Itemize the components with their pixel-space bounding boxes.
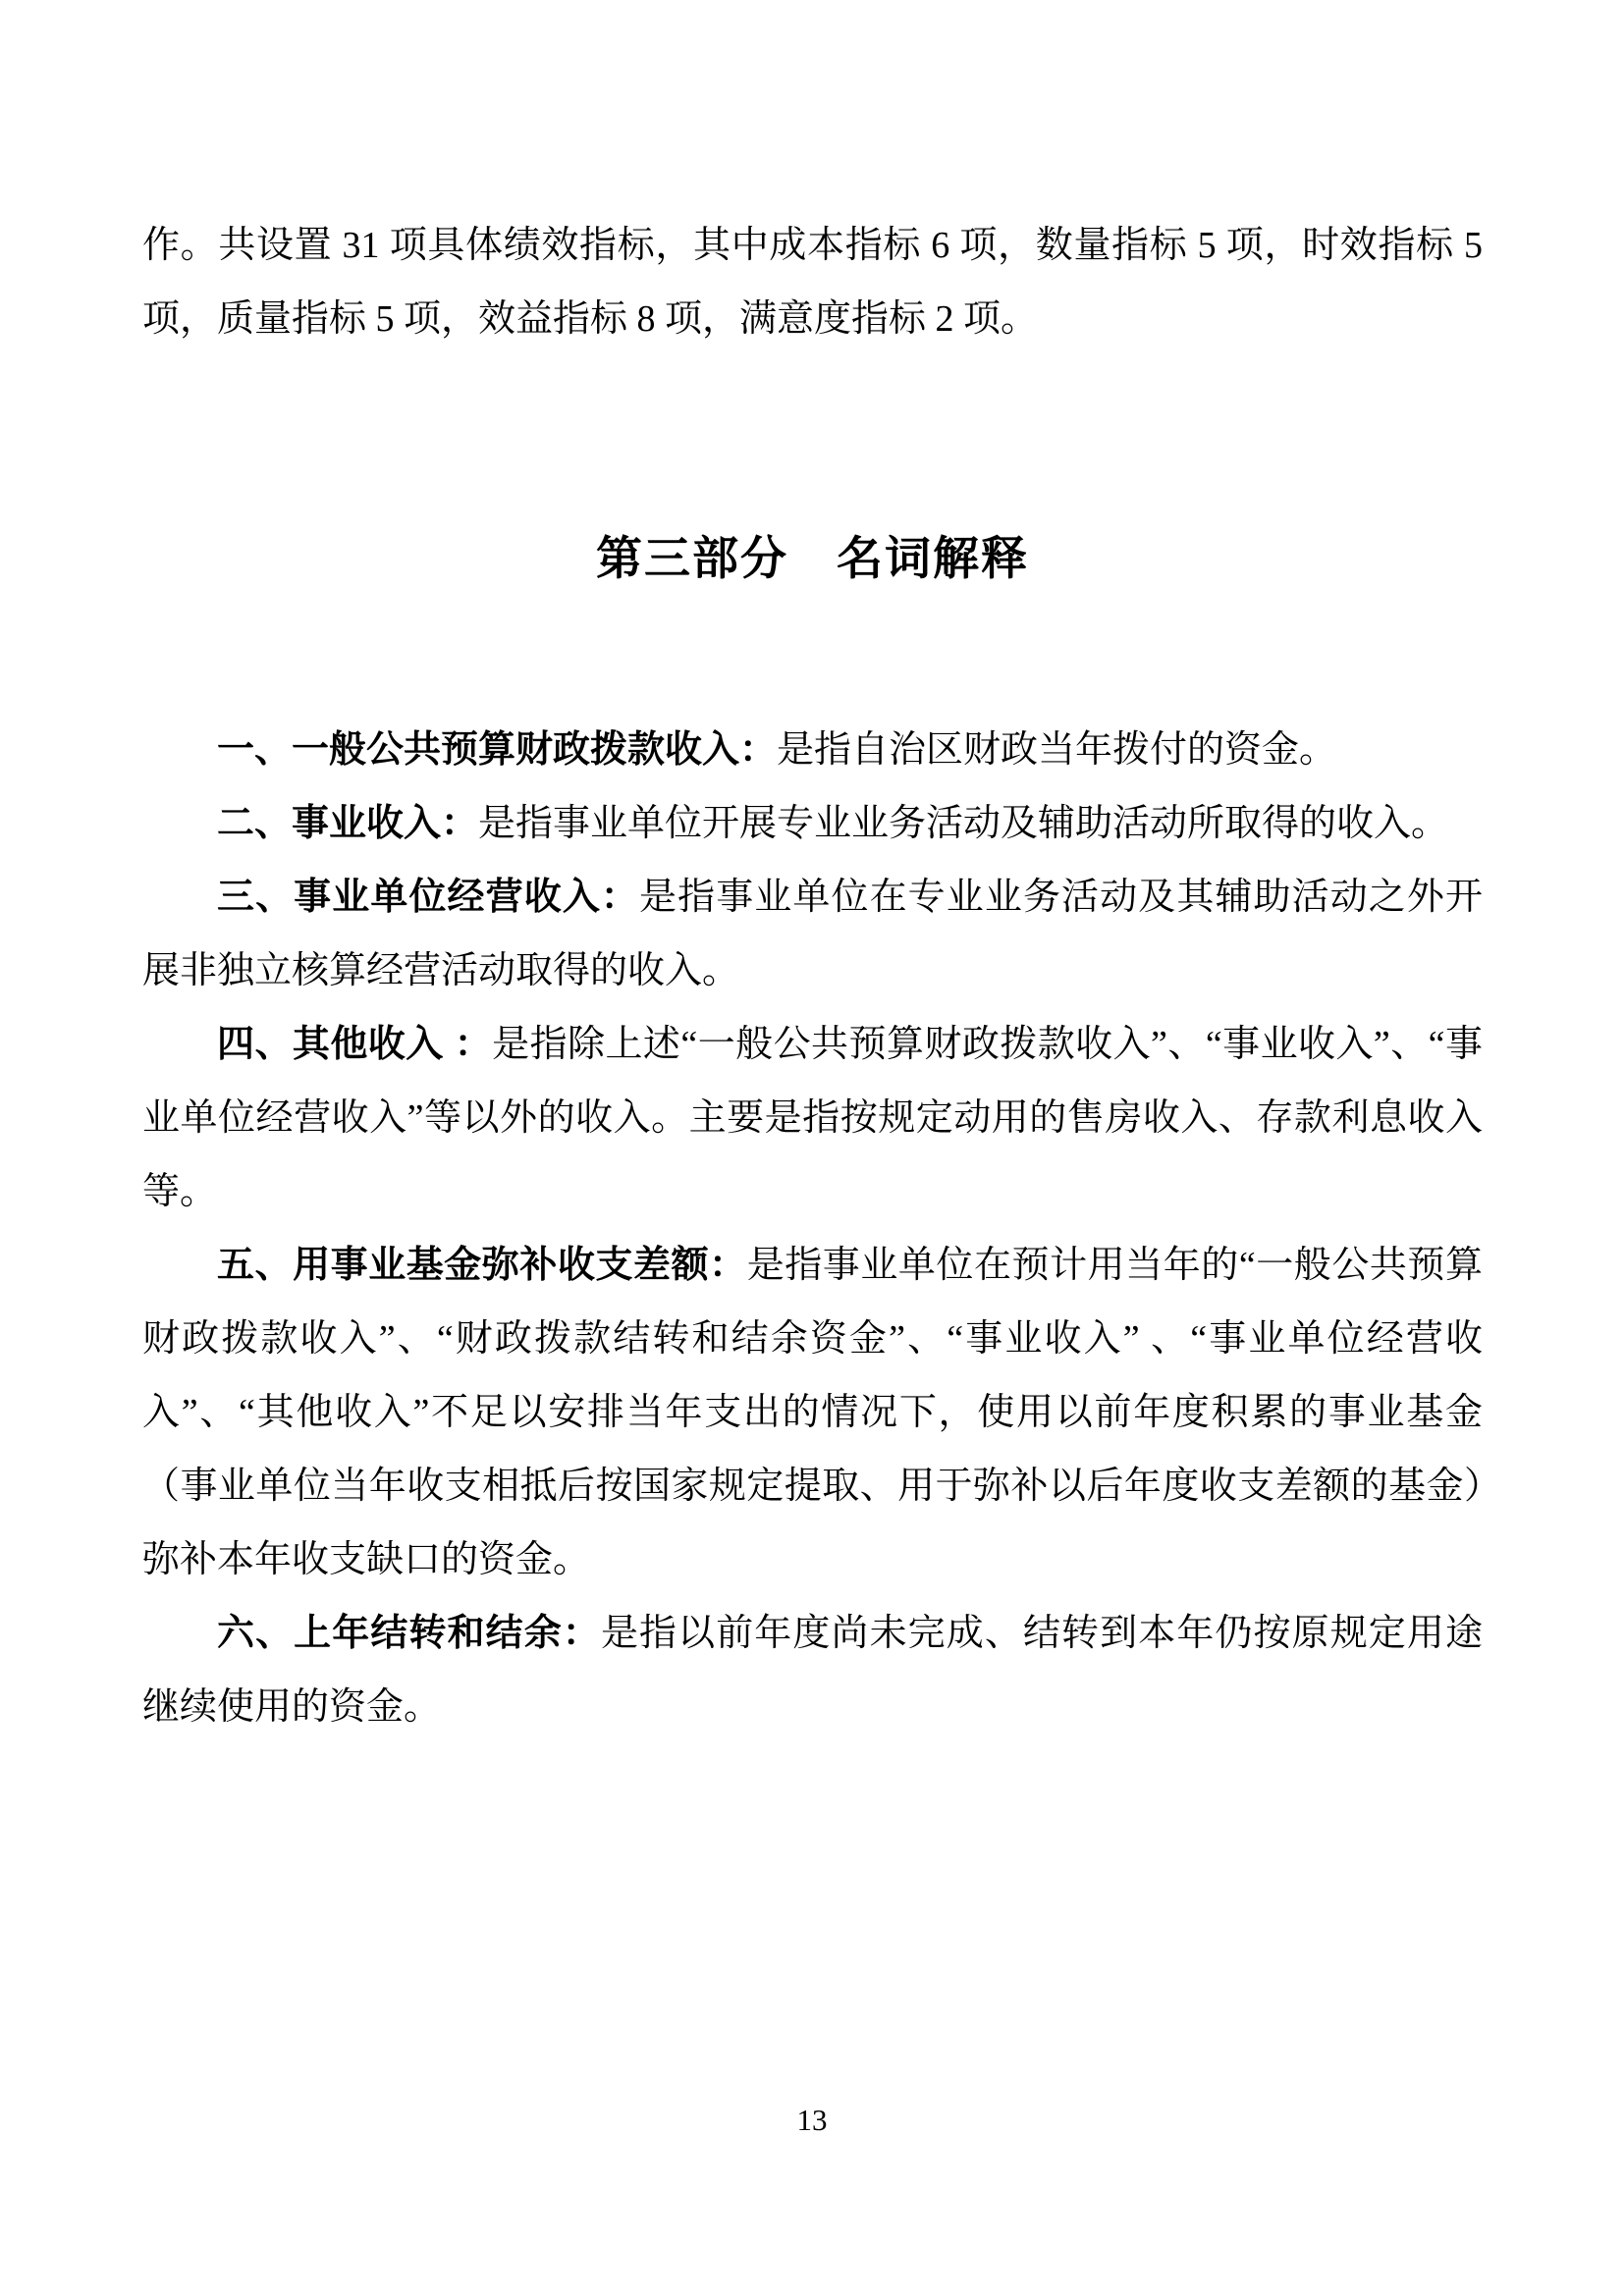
page-number: 13 bbox=[0, 2101, 1624, 2140]
definition-paragraph: 六、上年结转和结余：是指以前年度尚未完成、结转到本年仍按原规定用途继续使用的资金… bbox=[142, 1597, 1483, 1744]
definitions-list: 一、一般公共预算财政拨款收入：是指自治区财政当年拨付的资金。 二、事业收入：是指… bbox=[142, 714, 1483, 1744]
definition-paragraph: 二、事业收入：是指事业单位开展专业业务活动及辅助活动所取得的收入。 bbox=[142, 787, 1483, 861]
document-body: 作。共设置 31 项具体绩效指标，其中成本指标 6 项，数量指标 5 项，时效指… bbox=[142, 209, 1483, 1744]
definition-text: 是指自治区财政当年拨付的资金。 bbox=[777, 729, 1336, 771]
definition-paragraph: 三、事业单位经营收入：是指事业单位在专业业务活动及其辅助活动之外开展非独立核算经… bbox=[142, 861, 1483, 1008]
document-page: 作。共设置 31 项具体绩效指标，其中成本指标 6 项，数量指标 5 项，时效指… bbox=[0, 0, 1624, 2296]
definition-paragraph: 五、用事业基金弥补收支差额：是指事业单位在预计用当年的“一般公共预算财政拨款收入… bbox=[142, 1229, 1483, 1597]
definition-paragraph: 四、其他收入 ：是指除上述“一般公共预算财政拨款收入”、“事业收入”、“事业单位… bbox=[142, 1008, 1483, 1229]
section-heading: 第三部分 名词解释 bbox=[142, 521, 1483, 598]
definition-term: 四、其他收入 ： bbox=[217, 1024, 492, 1065]
definition-term: 五、用事业基金弥补收支差额： bbox=[217, 1245, 747, 1286]
definition-term: 二、事业收入： bbox=[217, 803, 478, 844]
continuation-paragraph: 作。共设置 31 项具体绩效指标，其中成本指标 6 项，数量指标 5 项，时效指… bbox=[142, 209, 1483, 356]
definition-text: 是指事业单位在预计用当年的“一般公共预算财政拨款收入”、“财政拨款结转和结余资金… bbox=[142, 1245, 1483, 1580]
definition-term: 一、一般公共预算财政拨款收入： bbox=[217, 729, 777, 771]
definition-term: 三、事业单位经营收入： bbox=[217, 877, 639, 918]
definition-term: 六、上年结转和结余： bbox=[217, 1613, 601, 1654]
definition-text: 是指事业单位开展专业业务活动及辅助活动所取得的收入。 bbox=[478, 803, 1448, 844]
definition-paragraph: 一、一般公共预算财政拨款收入：是指自治区财政当年拨付的资金。 bbox=[142, 714, 1483, 787]
